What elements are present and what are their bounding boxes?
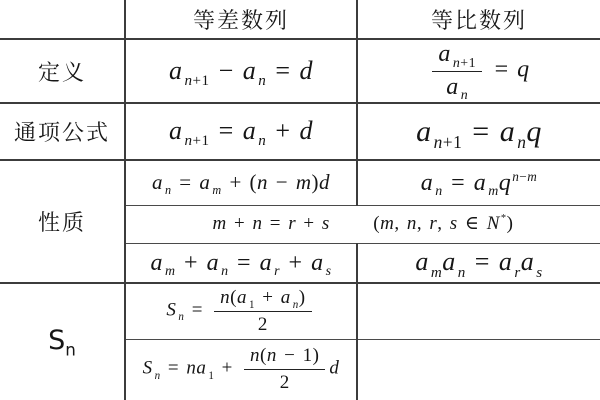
- row-label-sum: Sn: [0, 283, 125, 400]
- properties-index-condition-formula: m + n = r + s (m, n, r, s ∈ N*): [125, 205, 600, 243]
- sum-difference-geometric-cell: [357, 339, 600, 400]
- definition-geometric-formula: an+1an = q: [357, 39, 600, 103]
- properties-interval-arithmetic-formula: an = am + (n − m)d: [125, 160, 357, 205]
- row-label-general-term: 通项公式: [0, 103, 125, 160]
- properties-index-identity-arithmetic-formula: am + an = ar + as: [125, 243, 357, 283]
- column-header-arithmetic: 等差数列: [125, 0, 357, 39]
- sum-average-geometric-cell: [357, 283, 600, 339]
- row-label-properties: 性质: [0, 160, 125, 283]
- row-label-definition: 定义: [0, 39, 125, 103]
- sum-difference-arithmetic-formula: Sn = na1 + n(n − 1)2d: [125, 339, 357, 400]
- corner-cell: [0, 0, 125, 39]
- sum-label-base: S: [48, 325, 65, 356]
- sequence-comparison-table: 等差数列 等比数列 定义 an+1 − an = d an+1an = q 通项…: [0, 0, 600, 400]
- properties-index-identity-geometric-formula: aman = aras: [357, 243, 600, 283]
- column-header-geometric: 等比数列: [357, 0, 600, 39]
- sum-label-subscript: n: [65, 339, 76, 359]
- general-term-arithmetic-formula: an+1 = an + d: [125, 103, 357, 160]
- sum-average-arithmetic-formula: Sn = n(a1 + an)2: [125, 283, 357, 339]
- properties-interval-geometric-formula: an = amqn−m: [357, 160, 600, 205]
- definition-arithmetic-formula: an+1 − an = d: [125, 39, 357, 103]
- general-term-geometric-formula: an+1 = anq: [357, 103, 600, 160]
